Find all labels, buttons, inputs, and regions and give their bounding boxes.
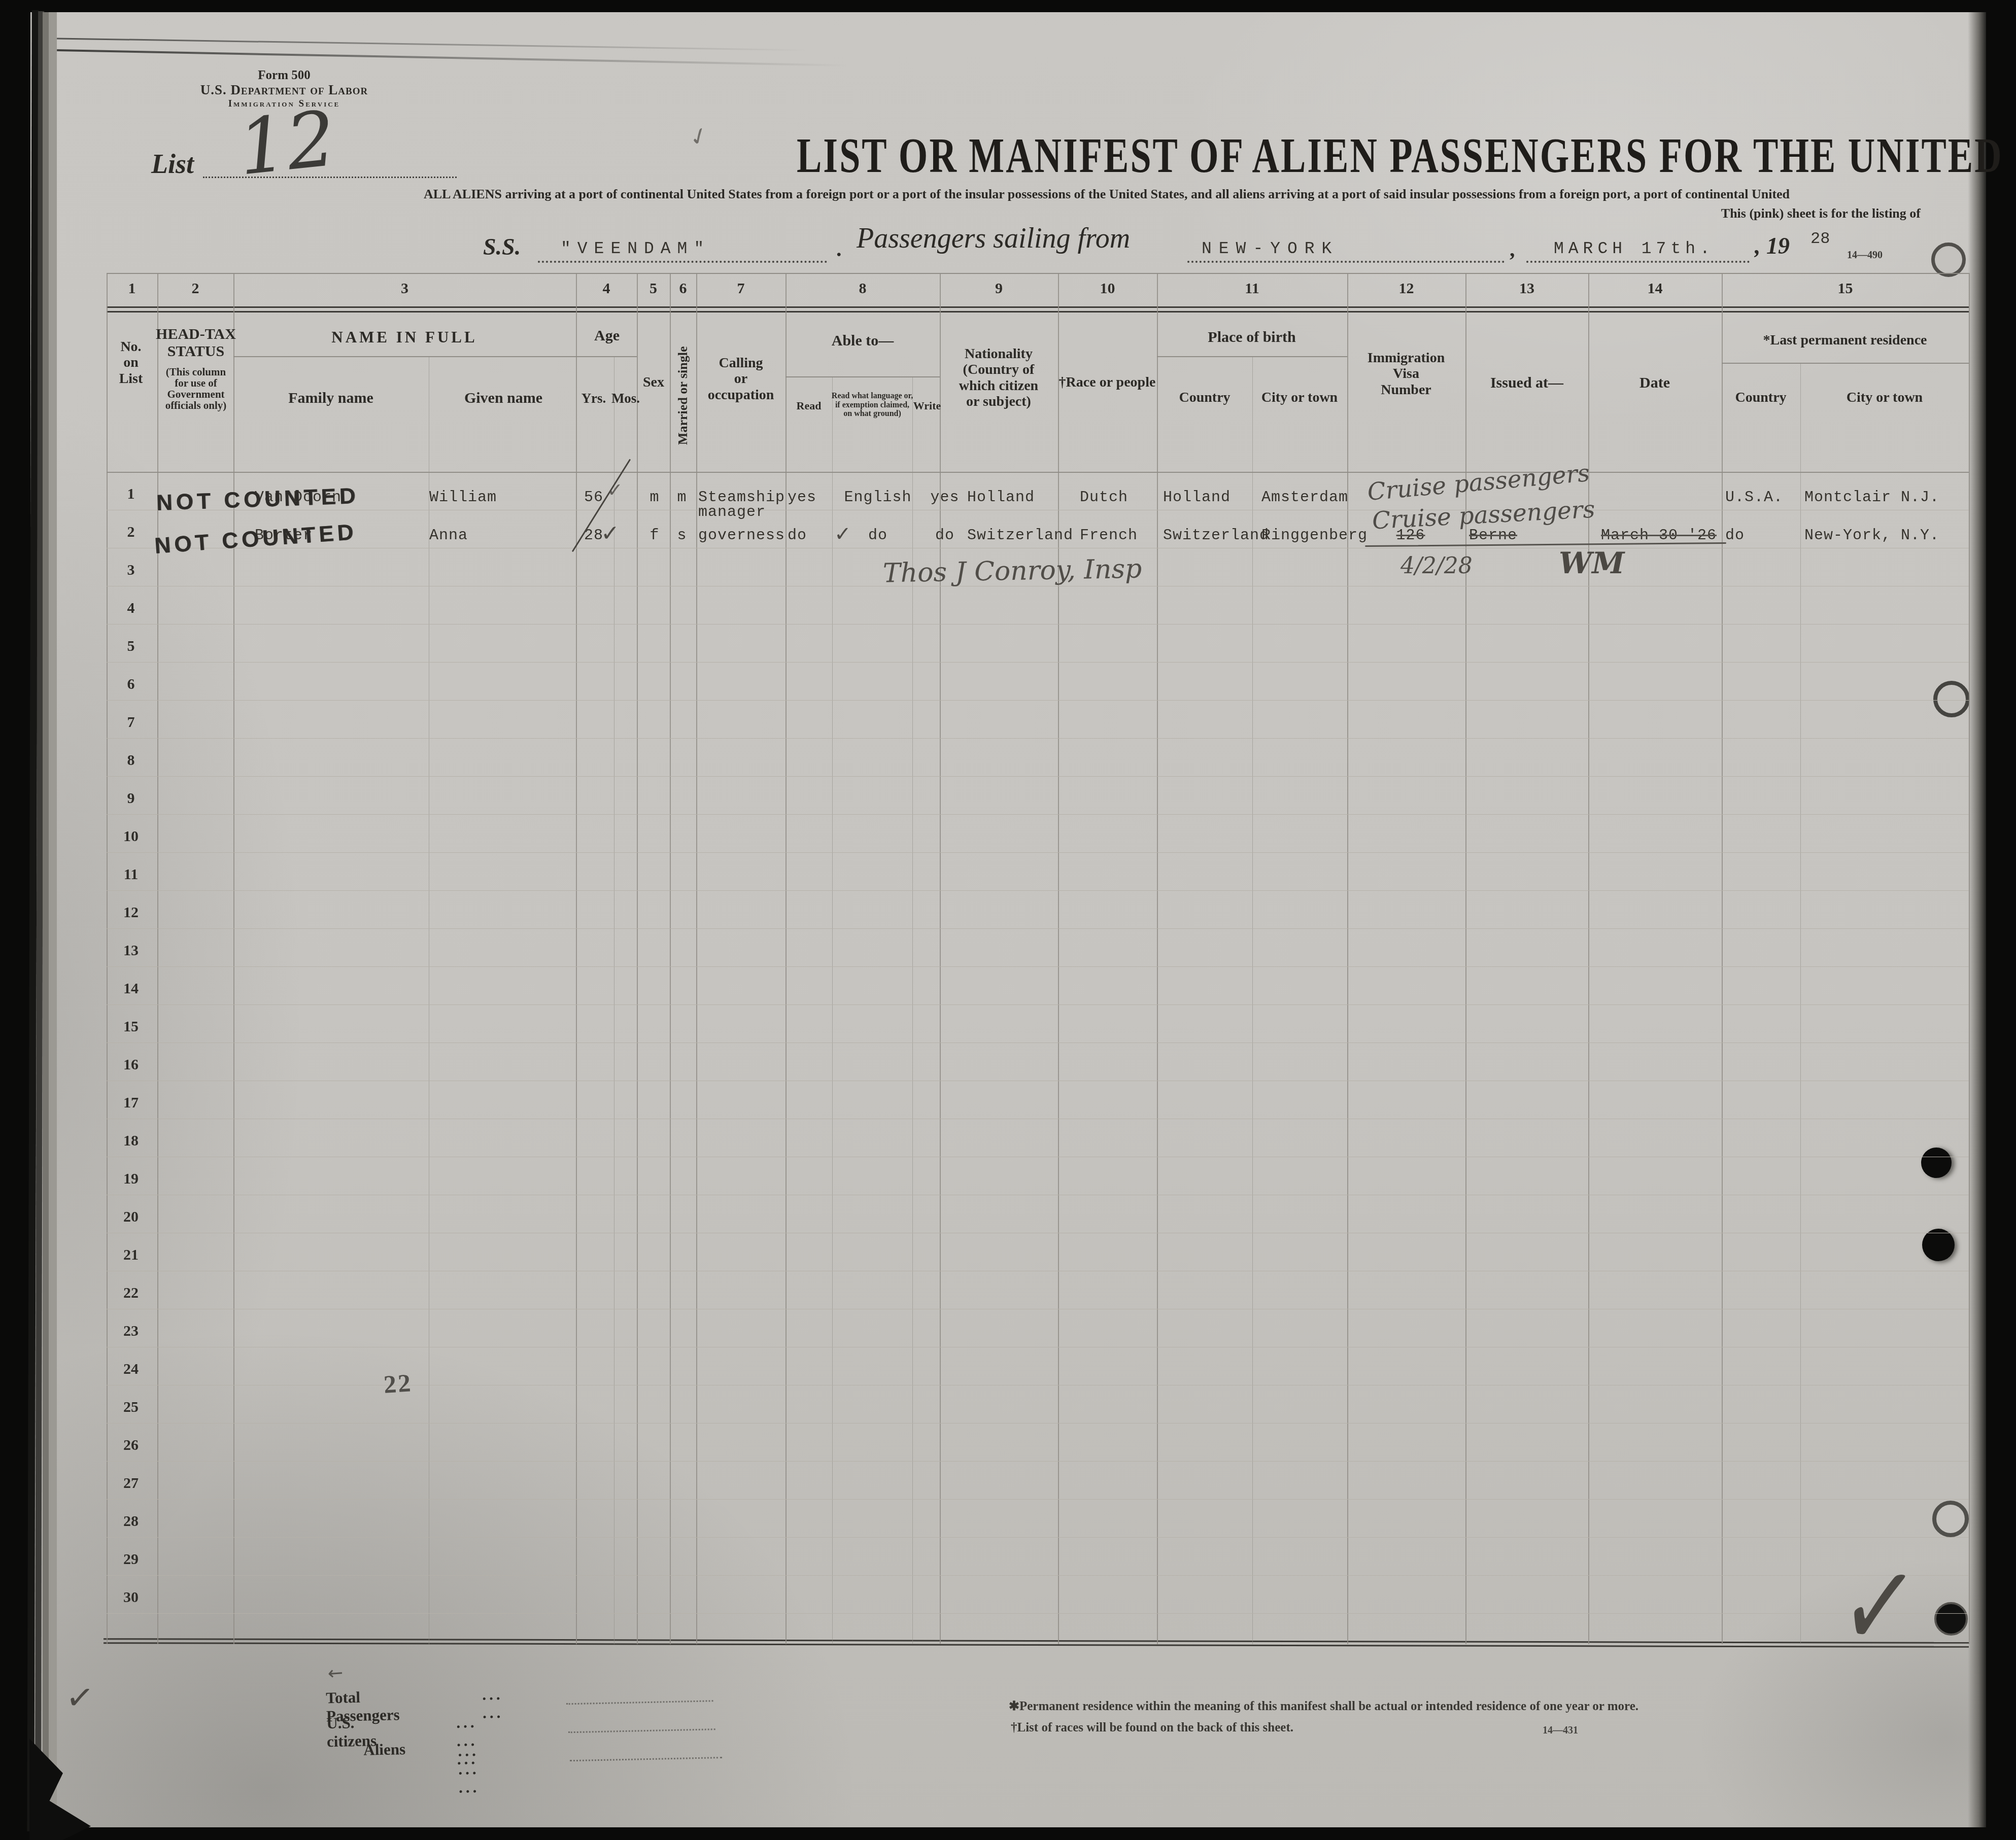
manifest-cell-sex: m <box>650 491 659 505</box>
table-column-rule <box>107 273 108 1644</box>
table-column-rule <box>670 273 671 1644</box>
manifest-cell-rcity: Montclair N.J. <box>1804 491 1939 505</box>
row-rule <box>107 510 1969 510</box>
column-number: 1 <box>128 280 136 297</box>
col-header-married-single: Married or single <box>675 320 690 472</box>
table-column-rule <box>233 273 234 1644</box>
row-number: 23 <box>123 1323 139 1340</box>
row-rule <box>107 776 1969 777</box>
row-rule <box>107 662 1969 663</box>
col-header-issued-at: Issued at— <box>1490 374 1563 392</box>
row-rule <box>107 966 1969 967</box>
row-rule <box>107 548 1969 548</box>
col-header-head-tax: HEAD-TAX STATUS <box>156 326 236 360</box>
column-number: 13 <box>1519 280 1534 297</box>
column-number: 8 <box>859 280 867 297</box>
row-number: 3 <box>127 562 135 579</box>
manifest-cell-date: March 30 '26 <box>1601 529 1717 543</box>
column-number: 12 <box>1399 280 1414 297</box>
manifest-cell-married: s <box>677 529 687 543</box>
col-header-family-name: Family name <box>288 390 373 407</box>
table-double-rule-b <box>107 311 1969 313</box>
row-rule <box>107 1271 1969 1271</box>
column-number: 7 <box>737 280 745 297</box>
column-number: 2 <box>192 280 199 297</box>
table-column-rule <box>157 273 158 1644</box>
check-row2-age: ✓ <box>601 520 620 546</box>
row-number: 20 <box>123 1208 139 1226</box>
row-number: 26 <box>123 1437 139 1454</box>
column-number: 14 <box>1648 280 1663 297</box>
col-header-race: †Race or people <box>1059 374 1156 390</box>
table-subcolumn-rule <box>429 356 429 1644</box>
row-rule <box>107 1157 1969 1157</box>
bottom-left-checkmark: ✓ <box>64 1677 96 1718</box>
row-rule <box>107 1575 1969 1576</box>
manifest-cell-read: yes <box>788 491 816 505</box>
col-header-calling: Calling or occupation <box>708 355 774 403</box>
column-number: 11 <box>1245 280 1259 297</box>
row-rule <box>107 1347 1969 1347</box>
header-bottom-rule <box>107 472 1969 473</box>
manifest-cell-nationality: Holland <box>967 491 1035 505</box>
row-rule <box>107 1613 1969 1614</box>
aliens-dots: ... ... ... <box>458 1742 480 1797</box>
column-number: 3 <box>401 280 408 297</box>
birth-group-underline <box>1157 356 1347 357</box>
col-header-residence-city: City or town <box>1847 390 1923 405</box>
footnote-list-of-races: †List of races will be found on the back… <box>1011 1721 1293 1735</box>
column-number: 4 <box>603 280 610 297</box>
row-number: 4 <box>127 600 135 617</box>
column-number: 10 <box>1100 280 1115 297</box>
check-row1-age: ✓ <box>607 479 623 501</box>
row-number: 6 <box>127 676 135 693</box>
col-header-write: Write <box>913 400 941 412</box>
row-number: 29 <box>123 1551 139 1568</box>
col-header-place-of-birth: Place of birth <box>1208 329 1295 346</box>
column-number: 6 <box>679 280 687 297</box>
col-header-able-to: Able to— <box>832 332 894 350</box>
check-row2-read: ✓ <box>834 523 851 546</box>
column-number: 9 <box>995 280 1003 297</box>
residence-group-underline <box>1722 363 1969 364</box>
row-rule <box>107 1423 1969 1424</box>
row-number: 12 <box>123 904 139 921</box>
manifest-cell-issued: Berne <box>1469 529 1517 543</box>
ableto-group-underline <box>785 376 940 377</box>
col-header-birth-city: City or town <box>1261 390 1338 405</box>
print-code-bottom: 14—431 <box>1543 1725 1578 1737</box>
row-number: 19 <box>123 1170 139 1188</box>
manifest-cell-read: do <box>788 529 807 543</box>
col-header-head-tax-note: (This column for use of Government offic… <box>165 366 227 411</box>
table-column-rule <box>1347 273 1348 1644</box>
row-rule <box>107 852 1969 853</box>
manifest-cell-race: Dutch <box>1080 491 1128 505</box>
manifest-cell-language: English <box>844 491 911 505</box>
col-header-mos: Mos. <box>611 391 640 406</box>
manifest-cell-write: yes <box>930 491 959 505</box>
row-number: 17 <box>123 1094 139 1112</box>
table-column-rule <box>1969 273 1970 1644</box>
col-header-given-name: Given name <box>464 390 542 407</box>
row-number: 27 <box>123 1475 139 1492</box>
col-header-visa-number: Immigration Visa Number <box>1368 350 1445 398</box>
row-number: 28 <box>123 1513 139 1530</box>
manifest-cell-race: French <box>1080 529 1138 543</box>
row-rule <box>107 928 1969 929</box>
row-rule <box>107 1043 1969 1043</box>
row-number: 24 <box>123 1361 139 1378</box>
manifest-cell-sex: f <box>650 529 659 543</box>
manifest-cell-given: William <box>429 491 497 505</box>
manifest-cell-calling: governess <box>698 529 785 543</box>
aliens-label: Aliens <box>363 1740 405 1759</box>
row-rule <box>107 814 1969 815</box>
manifest-cell-given: Anna <box>429 529 468 543</box>
row-rule <box>107 1537 1969 1538</box>
row-number: 13 <box>123 942 139 959</box>
column-number: 15 <box>1838 280 1853 297</box>
row-rule <box>107 1309 1969 1309</box>
total-passengers-dots: ... ... <box>482 1685 504 1722</box>
col-header-read: Read <box>797 400 822 412</box>
table-top-rule <box>107 273 1969 274</box>
col-header-yrs: Yrs. <box>582 391 606 406</box>
row-rule <box>107 738 1969 739</box>
table-column-rule <box>1722 273 1723 1644</box>
col-header-read-language: Read what language or, if exemption clai… <box>832 392 913 419</box>
col-header-age: Age <box>594 327 620 344</box>
col-header-residence-country: Country <box>1735 390 1786 405</box>
row-rule <box>107 1119 1969 1119</box>
table-column-rule <box>1058 273 1059 1644</box>
row-rule <box>107 700 1969 701</box>
row-rule <box>107 586 1969 586</box>
row-rule <box>107 1004 1969 1005</box>
row-number: 11 <box>124 866 138 883</box>
row-number: 10 <box>123 828 139 845</box>
scanned-manifest-page: Form 500 U.S. Department of Labor Immigr… <box>0 0 2016 1840</box>
manifest-cell-bcountry: Holland <box>1163 491 1231 505</box>
row-number: 15 <box>123 1018 139 1035</box>
row-number: 5 <box>127 638 135 655</box>
row-number: 25 <box>123 1399 139 1416</box>
row-number: 7 <box>127 714 135 731</box>
table-column-rule <box>696 273 697 1644</box>
stamp-22: 22 <box>383 1368 413 1399</box>
row-number: 2 <box>127 524 135 541</box>
table-bottom-rule-b <box>104 1642 1969 1648</box>
row-number: 21 <box>123 1246 139 1264</box>
manifest-cell-nationality: Switzerland <box>967 529 1073 543</box>
col-header-name-in-full: NAME IN FULL <box>331 329 477 346</box>
table-column-rule <box>576 273 577 1644</box>
manifest-cell-rcountry: U.S.A. <box>1725 491 1783 505</box>
col-header-no-on-list: No. on List <box>119 339 143 387</box>
inspector-signature: Thos J Conroy, Insp <box>883 554 1142 589</box>
row-rule <box>107 1499 1969 1500</box>
manifest-cell-yrs: 56 <box>584 491 603 505</box>
footnote-permanent-residence: ✱Permanent residence within the meaning … <box>1009 1698 1638 1714</box>
column-number: 5 <box>650 280 657 297</box>
col-header-nationality: Nationality (Country of which citizen or… <box>959 346 1038 409</box>
table-subcolumn-rule <box>1800 363 1801 1644</box>
col-header-last-residence: *Last permanent residence <box>1763 332 1927 348</box>
table-column-rule <box>785 273 787 1644</box>
manifest-cell-rcity: New-York, N.Y. <box>1804 529 1939 543</box>
table-column-rule <box>940 273 941 1644</box>
manifest-cell-married: m <box>677 491 687 505</box>
row-rule <box>107 1233 1969 1233</box>
row-number: 8 <box>127 752 135 769</box>
manifest-cell-calling: Steamship manager <box>698 491 785 519</box>
row-rule <box>107 890 1969 891</box>
table-subcolumn-rule <box>832 376 833 1644</box>
manifest-cell-bcity: Ringgenberg <box>1261 529 1368 543</box>
name-group-underline <box>233 356 637 357</box>
row-rule <box>107 1461 1969 1462</box>
table-subcolumn-rule <box>1252 356 1253 1644</box>
table-column-rule <box>637 273 638 1644</box>
manifest-cell-bcountry: Switzerland <box>1163 529 1269 543</box>
table-double-rule-a <box>107 306 1969 308</box>
row-number: 16 <box>123 1056 139 1073</box>
col-header-birth-country: Country <box>1179 390 1230 405</box>
row-number: 14 <box>123 980 139 997</box>
row-number: 1 <box>127 485 135 503</box>
manifest-table: 1234567891011121314151234567891011121314… <box>0 0 2016 1840</box>
row-number: 30 <box>123 1589 139 1606</box>
table-subcolumn-rule <box>614 356 614 1644</box>
inspector-initials: WM <box>1559 546 1624 580</box>
manifest-cell-language: do <box>868 529 887 543</box>
row-number: 18 <box>123 1132 139 1150</box>
row-rule <box>107 624 1969 624</box>
row-number: 22 <box>123 1284 139 1302</box>
manifest-cell-write: do <box>935 529 954 543</box>
table-column-rule <box>1157 273 1158 1644</box>
manifest-cell-bcity: Amsterdam <box>1261 491 1348 505</box>
row-rule <box>107 1081 1969 1081</box>
col-header-sex: Sex <box>643 374 664 390</box>
pencil-scribble: ← <box>327 1662 344 1684</box>
col-header-date: Date <box>1639 374 1670 392</box>
row-rule <box>107 1195 1969 1195</box>
manifest-cell-rcountry: do <box>1725 529 1745 543</box>
row-number: 9 <box>127 790 135 807</box>
inspection-date: 4/2/28 <box>1400 553 1473 579</box>
